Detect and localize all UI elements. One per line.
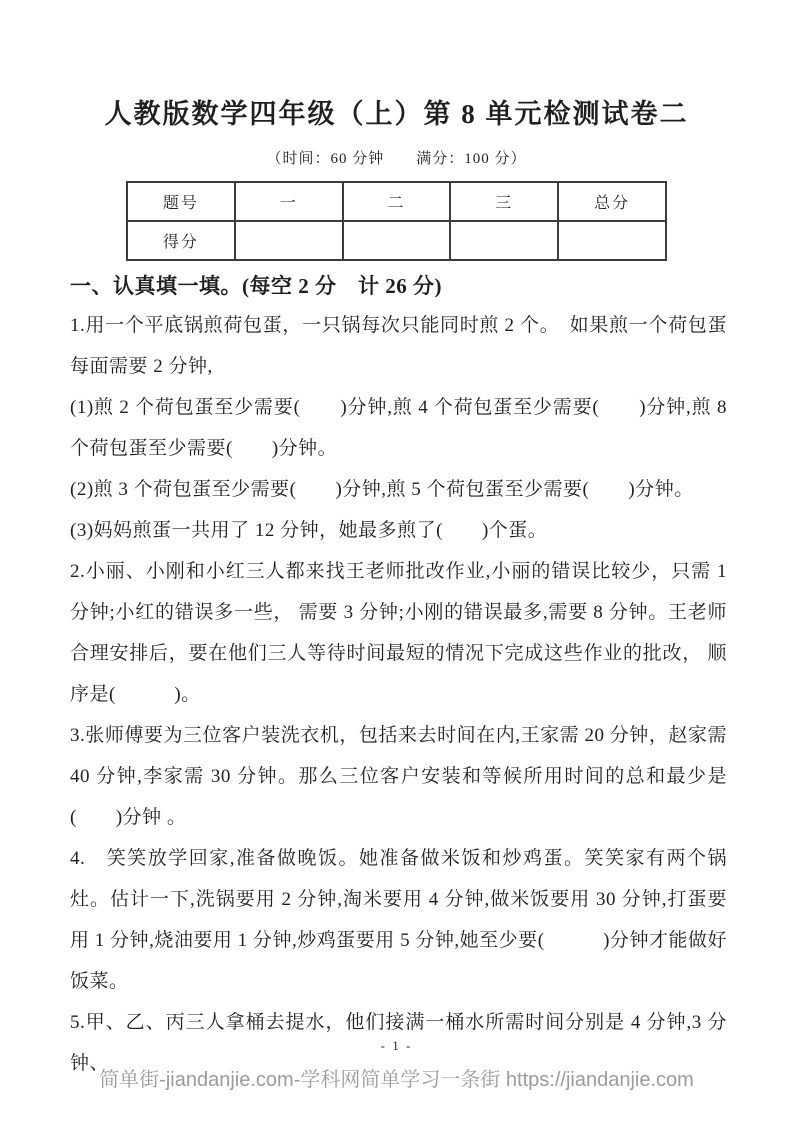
question-1-intro: 1.用一个平底锅煎荷包蛋，一只锅每次只能同时煎 2 个。 如果煎一个荷包蛋每面需…	[70, 305, 727, 387]
exam-paper-page: 人教版数学四年级（上）第 8 单元检测试卷二 （时间：60 分钟 满分：100 …	[0, 0, 793, 1122]
score-table: 题号 一 二 三 总分 得分	[126, 181, 667, 261]
score-cell-total	[558, 221, 666, 260]
exam-time-score-meta: （时间：60 分钟 满分：100 分）	[0, 147, 793, 168]
score-table-header-question-number: 题号	[127, 182, 235, 221]
score-cell-section-3	[450, 221, 558, 260]
score-table-header-section-1: 一	[235, 182, 343, 221]
score-table-header-section-2: 二	[343, 182, 451, 221]
section-one-heading: 一、认真填一填。(每空 2 分 计 26 分)	[70, 269, 727, 303]
score-table-header-total: 总分	[558, 182, 666, 221]
score-table-score-row: 得分	[127, 221, 666, 260]
question-4: 4. 笑笑放学回家,准备做晚饭。她准备做米饭和炒鸡蛋。笑笑家有两个锅灶。估计一下…	[70, 838, 727, 1002]
question-2: 2.小丽、小刚和小红三人都来找王老师批改作业,小丽的错误比较少，只需 1 分钟;…	[70, 551, 727, 715]
score-table-header-section-3: 三	[450, 182, 558, 221]
score-table-header-row: 题号 一 二 三 总分	[127, 182, 666, 221]
exam-body: 一、认真填一填。(每空 2 分 计 26 分) 1.用一个平底锅煎荷包蛋，一只锅…	[0, 269, 793, 1084]
footer-site-link: 简单街-jiandanjie.com-学科网简单学习一条街 https://ji…	[0, 1063, 793, 1092]
question-3: 3.张师傅要为三位客户装洗衣机，包括来去时间在内,王家需 20 分钟，赵家需 4…	[70, 715, 727, 838]
question-1-part-3: (3)妈妈煎蛋一共用了 12 分钟，她最多煎了( )个蛋。	[70, 510, 727, 551]
question-1-part-1: (1)煎 2 个荷包蛋至少需要( )分钟,煎 4 个荷包蛋至少需要( )分钟,煎…	[70, 387, 727, 469]
score-cell-section-2	[343, 221, 451, 260]
page-number: - 1 -	[0, 1038, 793, 1054]
score-cell-section-1	[235, 221, 343, 260]
score-table-score-label: 得分	[127, 221, 235, 260]
question-1-part-2: (2)煎 3 个荷包蛋至少需要( )分钟,煎 5 个荷包蛋至少需要( )分钟。	[70, 469, 727, 510]
page-title: 人教版数学四年级（上）第 8 单元检测试卷二	[0, 98, 793, 132]
